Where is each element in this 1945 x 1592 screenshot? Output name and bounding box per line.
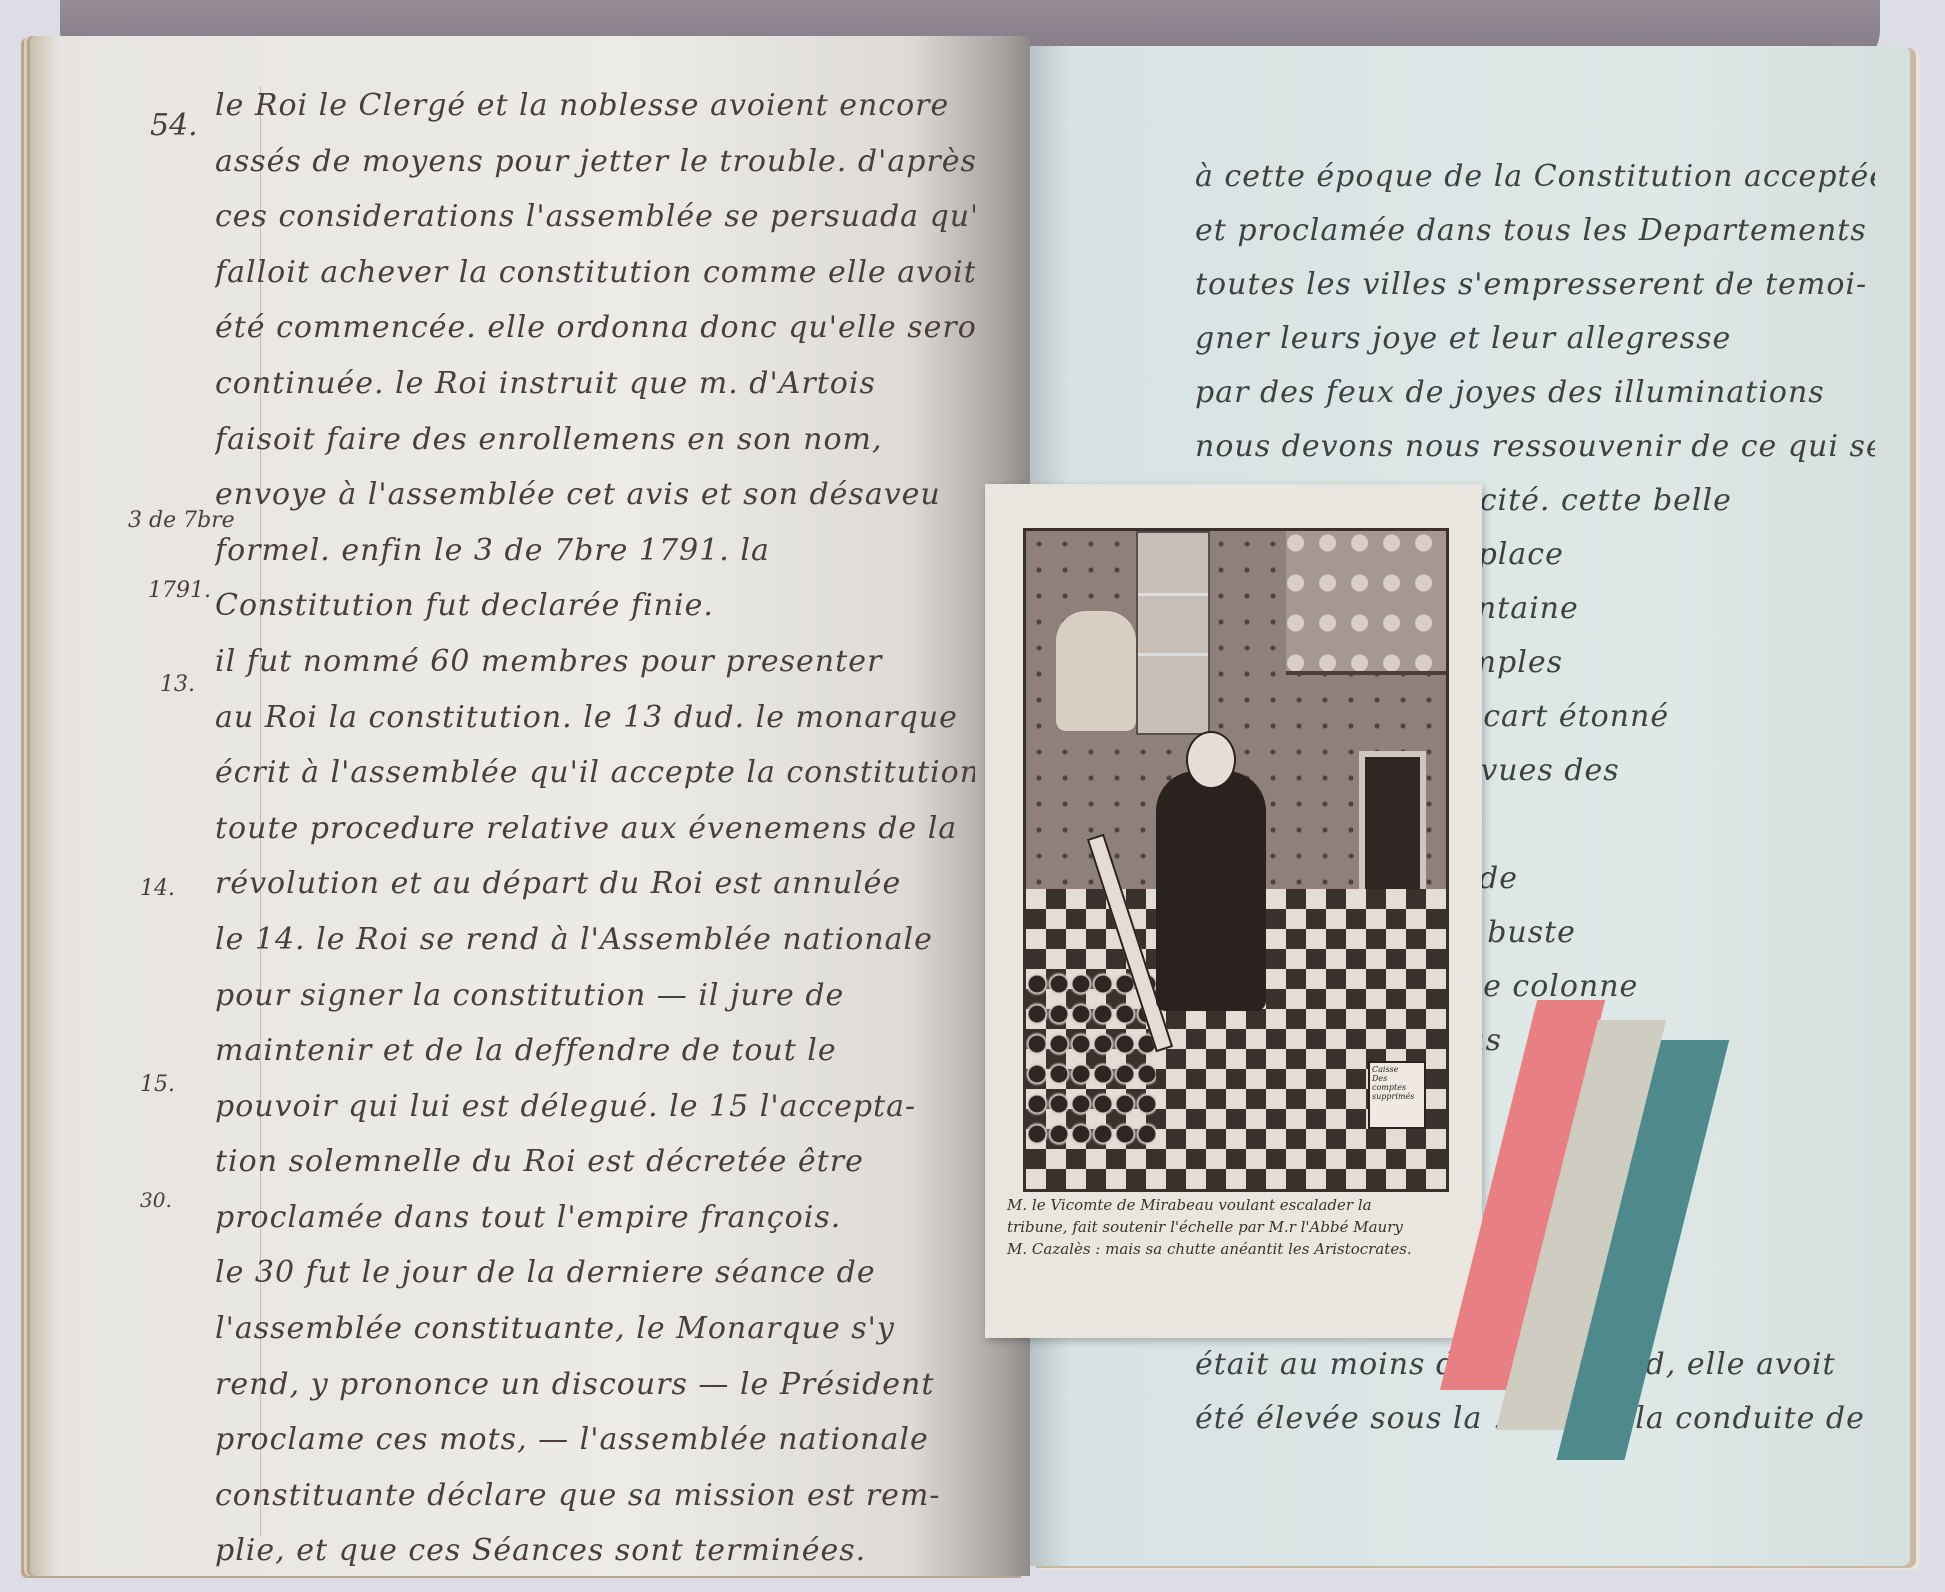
window [1136,531,1210,735]
text-line: plie, et que ces Séances sont terminées. [215,1523,975,1579]
text-line: ces considerations l'assemblée se persua… [215,189,975,245]
text-line: par des feux de joyes des illuminations [1195,366,1875,420]
doorway [1359,751,1426,903]
margin-day-13: 13. [160,672,195,697]
mirabeau-figure [1156,771,1266,1011]
margin-day-30: 30. [140,1188,172,1212]
crowd [1026,969,1156,1149]
mirabeau-head [1186,731,1236,789]
text-line: le 30 fut le jour de la derniere séance … [215,1245,975,1301]
text-line: toutes les villes s'empresserent de temo… [1195,258,1875,312]
text-line: toute procedure relative aux évenemens d… [215,801,975,857]
text-line: pouvoir qui lui est délegué. le 15 l'acc… [215,1079,975,1135]
spectator-gallery [1286,531,1446,675]
caption-line: M. Cazalès : mais sa chutte anéantit les… [1007,1238,1467,1260]
seated-figure [1056,611,1136,731]
text-line: nous devons nous ressouvenir de ce qui s… [1195,420,1875,474]
text-line: le Roi le Clergé et la noblesse avoient … [215,78,975,134]
engraving-illustration: Caisse Des comptes supprimés [1023,528,1449,1192]
text-line: maintenir et de la deffendre de tout le [215,1023,975,1079]
text-line: et proclamée dans tous les Departements [1195,204,1875,258]
text-line: constituante déclare que sa mission est … [215,1468,975,1524]
text-line: le 14. le Roi se rend à l'Assemblée nati… [215,912,975,968]
text-line: proclamée dans tout l'empire françois. [215,1190,975,1246]
text-line: à cette époque de la Constitution accept… [1195,150,1875,204]
text-line: l'assemblée constituante, le Monarque s'… [215,1301,975,1357]
text-line: formel. enfin le 3 de 7bre 1791. la [215,523,975,579]
text-line: continuée. le Roi instruit que m. d'Arto… [215,356,975,412]
text-line: pour signer la constitution — il jure de [215,968,975,1024]
text-line: été commencée. elle ordonna donc qu'elle… [215,300,975,356]
engraving-caption: M. le Vicomte de Mirabeau voulant escala… [1007,1194,1467,1260]
text-line: assés de moyens pour jetter le trouble. … [215,134,975,190]
caisse-sign: Caisse Des comptes supprimés [1368,1061,1426,1129]
text-line: proclame ces mots, — l'assemblée nationa… [215,1412,975,1468]
caption-line: tribune, fait soutenir l'échelle par M.r… [1007,1216,1467,1238]
margin-day-14: 14. [140,876,175,901]
text-line: au Roi la constitution. le 13 dud. le mo… [215,690,975,746]
text-line: falloit achever la constitution comme el… [215,245,975,301]
caption-line: M. le Vicomte de Mirabeau voulant escala… [1007,1194,1467,1216]
text-line: révolution et au départ du Roi est annul… [215,856,975,912]
margin-day-15: 15. [140,1072,175,1097]
left-page-text: le Roi le Clergé et la noblesse avoient … [215,78,975,1579]
text-line: rend, y prononce un discours — le Présid… [215,1357,975,1413]
engraving-card: Caisse Des comptes supprimés M. le Vicom… [985,484,1482,1338]
text-line: il fut nommé 60 membres pour presenter [215,634,975,690]
text-line: tion solemnelle du Roi est décretée être [215,1134,975,1190]
text-line: écrit à l'assemblée qu'il accepte la con… [215,745,975,801]
text-line: envoye à l'assemblée cet avis et son dés… [215,467,975,523]
text-line: gner leurs joye et leur allegresse [1195,312,1875,366]
margin-year: 1791. [148,578,211,603]
text-line: Constitution fut declarée finie. [215,578,975,634]
page-number: 54. [150,108,198,143]
text-line: faisoit faire des enrollemens en son nom… [215,412,975,468]
